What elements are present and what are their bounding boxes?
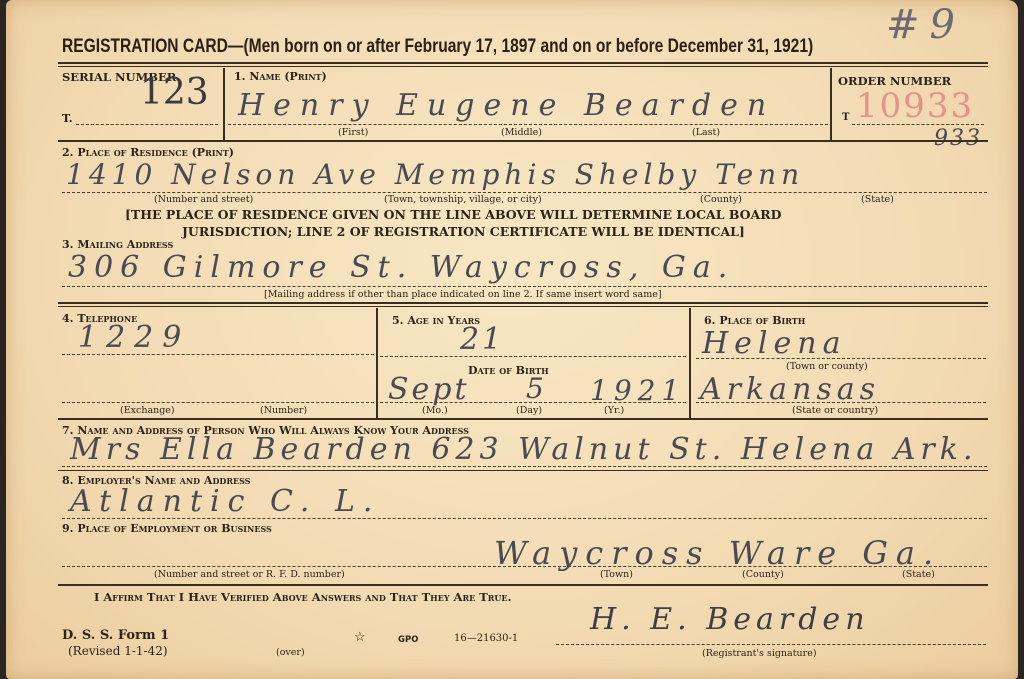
telephone-value: 1229 (78, 320, 190, 355)
gpo-label: GPO (398, 635, 418, 645)
month-label: (Mo.) (422, 405, 448, 416)
age-value: 21 (460, 322, 504, 357)
residence-value: 1410 Nelson Ave Memphis Shelby Tenn (66, 158, 804, 191)
mailing-address-note: [Mailing address if other than place ind… (264, 289, 662, 300)
contact-person-value: Mrs Ella Bearden 623 Walnut St. Helena A… (70, 432, 978, 467)
first-name-label: (First) (338, 127, 368, 138)
number-label: (Number) (260, 405, 307, 416)
county-label: (County) (700, 194, 742, 205)
birth-state-label: (State or country) (792, 405, 878, 416)
town-label: (Town, township, village, or city) (384, 194, 542, 205)
dob-day: 5 (526, 372, 547, 405)
order-prefix: T (842, 112, 849, 123)
card-title: REGISTRATION CARD—(Men born on or after … (62, 36, 813, 58)
signature-label: (Registrant's signature) (702, 648, 817, 659)
registration-card: REGISTRATION CARD—(Men born on or after … (6, 0, 1018, 679)
over-label: (over) (276, 647, 305, 658)
affirmation-text: I Affirm That I Have Verified Above Answ… (94, 590, 512, 604)
form-number: D. S. S. Form 1 (62, 628, 169, 643)
birth-town-value: Helena (702, 326, 846, 361)
state-label: (State) (861, 194, 894, 205)
birth-town-label: (Town or county) (786, 361, 868, 372)
order-number-stamp: 10933 (856, 86, 974, 126)
form-revised: (Revised 1-1-42) (68, 644, 168, 658)
serial-prefix: T. (62, 112, 73, 125)
employment-street-label: (Number and street or R. F. D. number) (154, 569, 345, 580)
mailing-address-value: 306 Gilmore St. Waycross, Ga. (68, 250, 734, 285)
place-of-employment-label: 9. Place of Employment or Business (62, 522, 272, 535)
day-label: (Day) (516, 405, 542, 416)
residence-notice-line2: JURISDICTION; LINE 2 OF REGISTRATION CER… (182, 224, 745, 239)
exchange-label: (Exchange) (120, 405, 175, 416)
order-number-handwritten: 933 (934, 126, 982, 151)
corner-mark: #9 (886, 2, 965, 48)
serial-number-value: 123 (140, 72, 209, 113)
name-label: 1. Name (Print) (234, 70, 327, 83)
employment-town-label: (Town) (600, 569, 633, 580)
gpo-number: 16—21630-1 (454, 633, 518, 644)
registrant-signature: H. E. Bearden (590, 602, 870, 637)
year-label: (Yr.) (604, 405, 624, 416)
star-icon: ☆ (354, 630, 366, 645)
residence-notice-line1: [THE PLACE OF RESIDENCE GIVEN ON THE LIN… (125, 207, 781, 222)
name-value: Henry Eugene Bearden (238, 88, 775, 123)
last-name-label: (Last) (692, 127, 720, 138)
employment-county-label: (County) (742, 569, 784, 580)
street-label: (Number and street) (154, 194, 253, 205)
employment-state-label: (State) (902, 569, 935, 580)
middle-name-label: (Middle) (501, 127, 542, 138)
employer-value: Atlantic C. L. (70, 484, 380, 519)
